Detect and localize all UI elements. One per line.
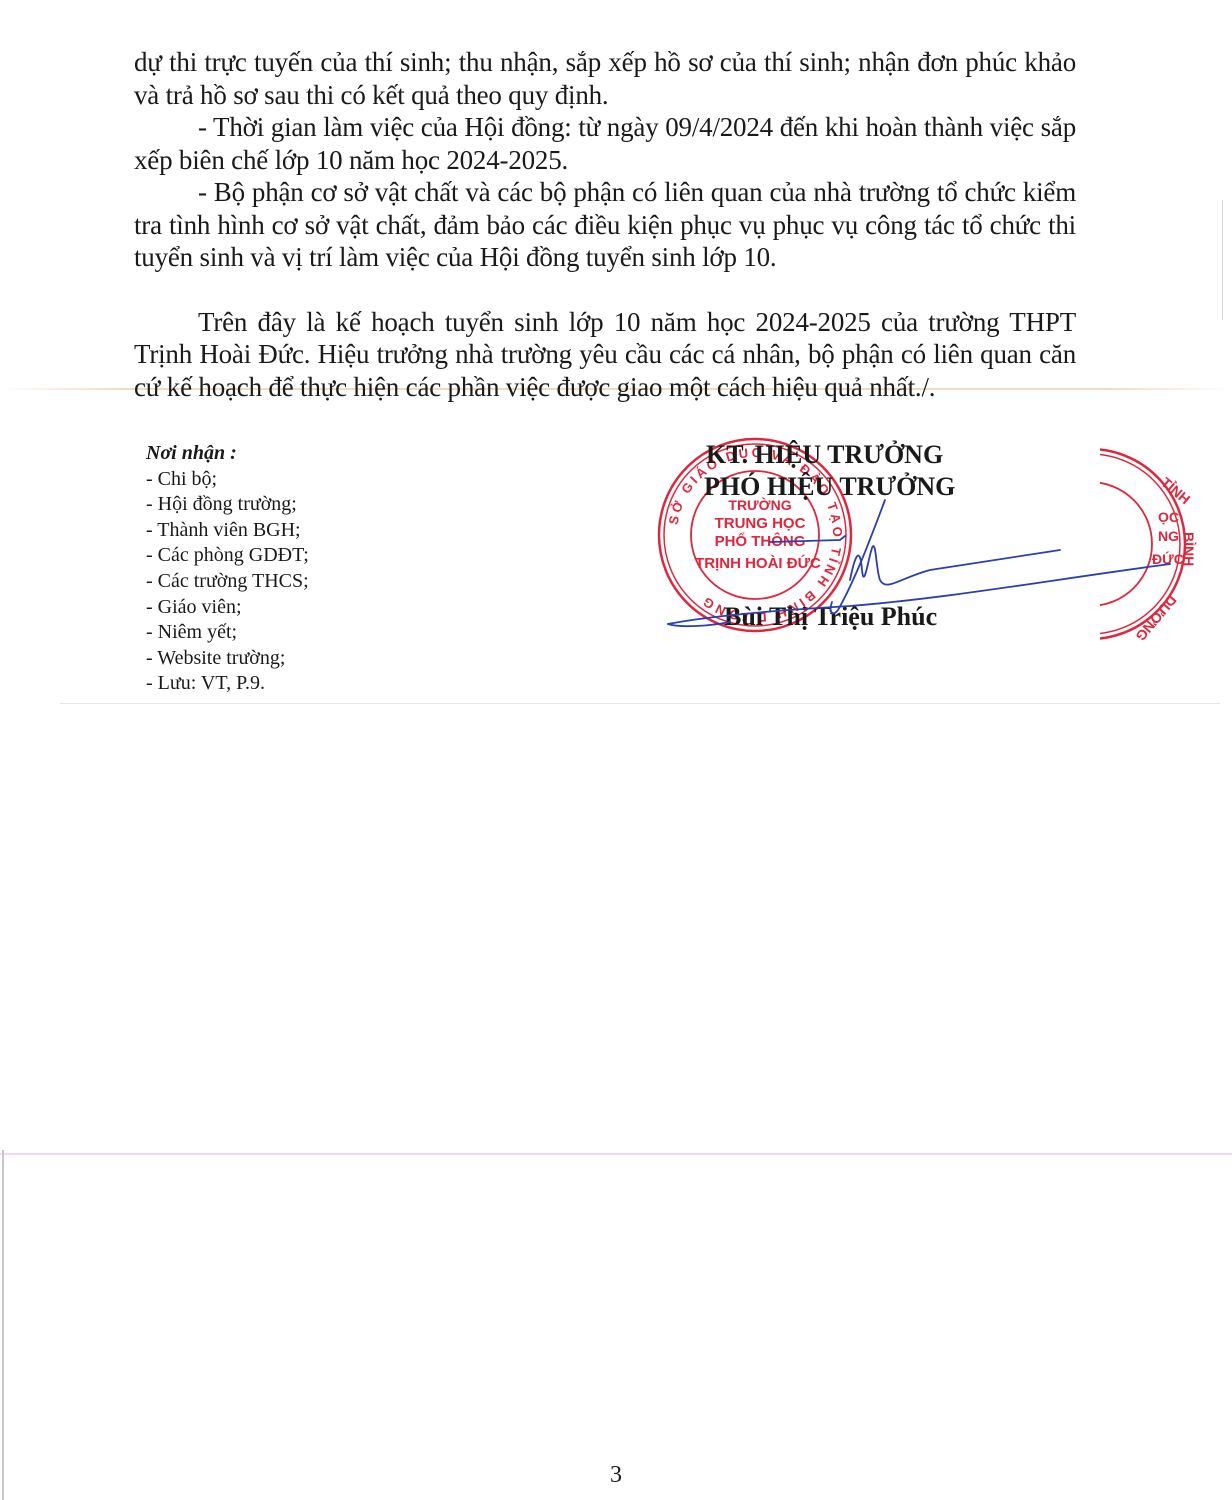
list-item: - Thành viên BGH; xyxy=(146,518,309,544)
handwritten-signature-icon xyxy=(650,430,1230,650)
list-item: - Các trường THCS; xyxy=(146,569,309,595)
page-edge xyxy=(2,1150,4,1500)
paragraph: - Thời gian làm việc của Hội đồng: từ ng… xyxy=(134,111,1076,176)
list-item: - Các phòng GDĐT; xyxy=(146,543,309,569)
page-number: 3 xyxy=(0,1462,1232,1489)
list-item: - Chi bộ; xyxy=(146,467,309,493)
page-edge xyxy=(1222,200,1223,320)
closing-paragraph: Trên đây là kế hoạch tuyển sinh lớp 10 n… xyxy=(134,306,1076,404)
list-item: - Website trường; xyxy=(146,646,309,672)
document-body: dự thi trực tuyến của thí sinh; thu nhận… xyxy=(134,46,1076,403)
list-item: - Niêm yết; xyxy=(146,620,309,646)
list-item: - Hội đồng trường; xyxy=(146,492,309,518)
recipients-list: - Chi bộ; - Hội đồng trường; - Thành viê… xyxy=(146,467,309,697)
signature-block: SỞ GIÁO DỤC VÀ ĐÀO TẠO TỈNH BÌNH DƯƠNG T… xyxy=(650,430,1230,650)
paragraph: dự thi trực tuyến của thí sinh; thu nhận… xyxy=(134,46,1076,111)
recipients-block: Nơi nhận : - Chi bộ; - Hội đồng trường; … xyxy=(146,441,309,697)
list-item: - Giáo viên; xyxy=(146,595,309,621)
recipients-title: Nơi nhận : xyxy=(146,441,309,467)
scan-artifact-line xyxy=(60,703,1220,704)
scan-artifact-line xyxy=(0,1153,1232,1155)
paragraph: - Bộ phận cơ sở vật chất và các bộ phận … xyxy=(134,176,1076,274)
list-item: - Lưu: VT, P.9. xyxy=(146,671,309,697)
